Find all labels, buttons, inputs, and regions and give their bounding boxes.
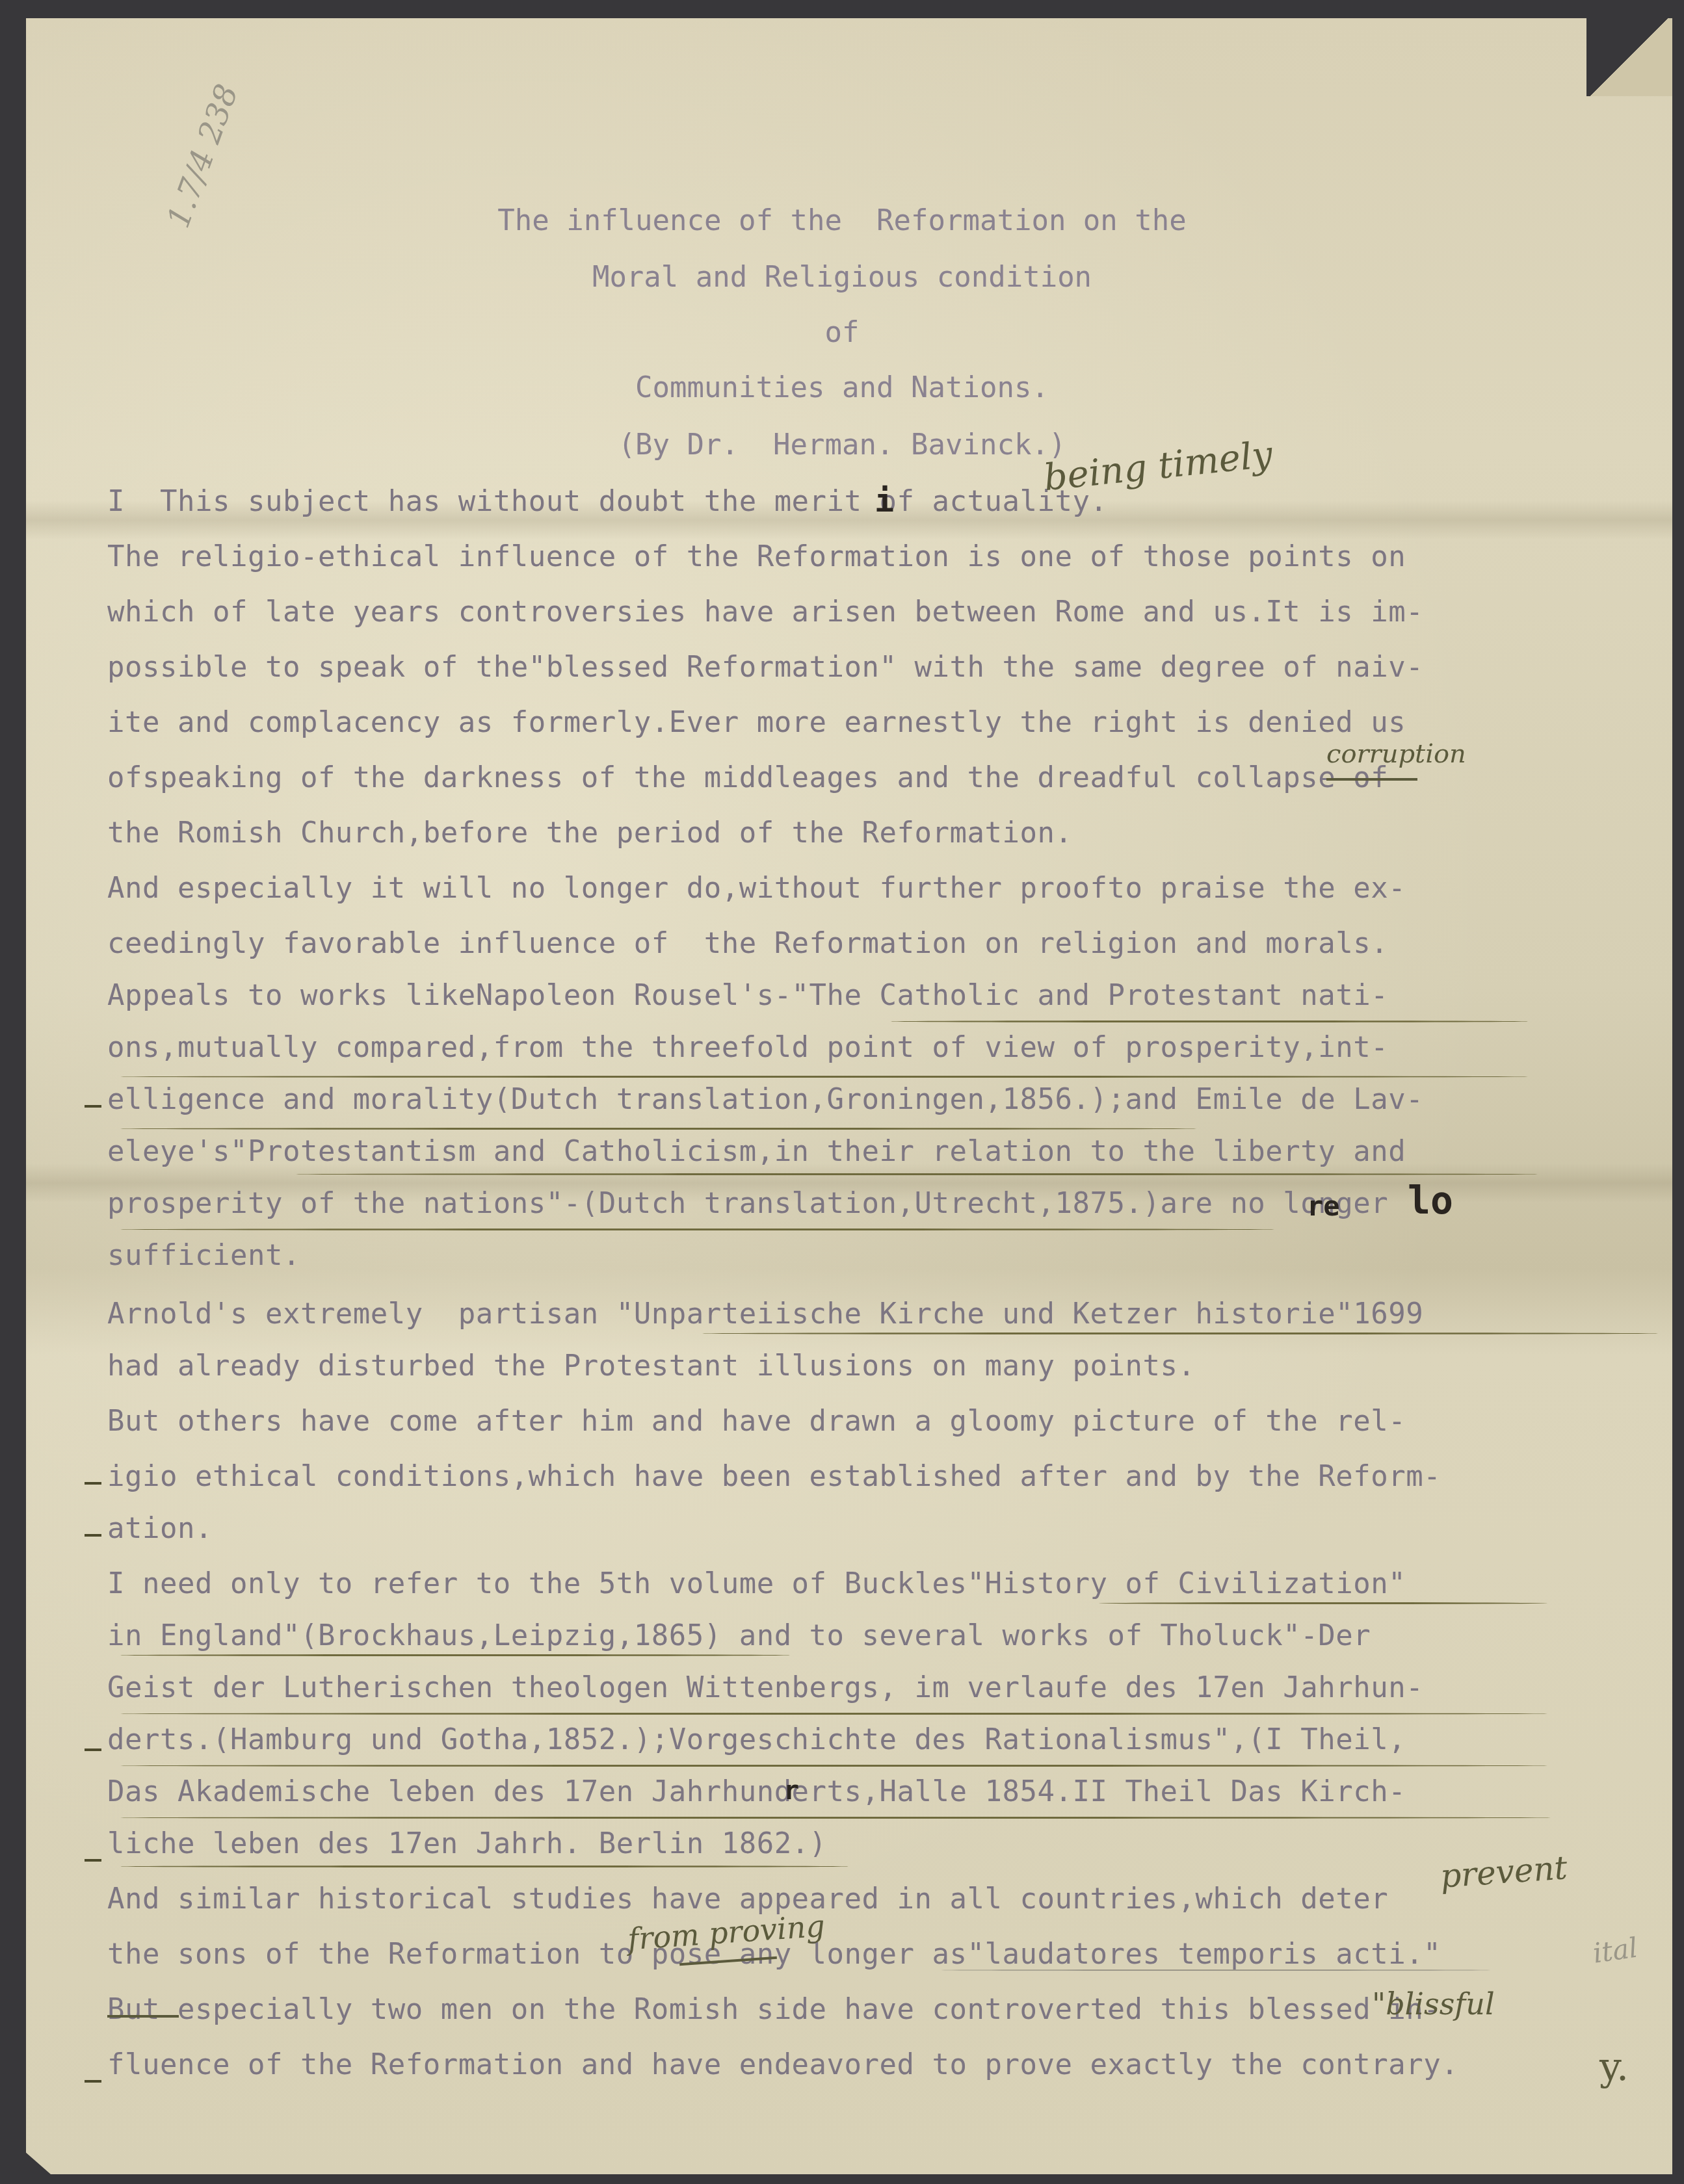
typed-overstrike-lo: lo	[1408, 1182, 1453, 1219]
underline	[940, 1969, 1492, 1971]
body-line: But others have come after him and have …	[107, 1407, 1406, 1436]
body-line: ofspeaking of the darkness of the middle…	[107, 764, 1388, 792]
body-line: ceedingly favorable influence of the Ref…	[107, 929, 1388, 958]
folded-corner	[1586, 18, 1672, 96]
underline	[120, 1228, 1274, 1230]
body-line: eleye's"Protestantism and Catholicism,in…	[107, 1137, 1406, 1166]
body-line: ation.	[107, 1514, 213, 1543]
underline	[296, 1173, 1538, 1175]
underline	[120, 1865, 849, 1867]
body-line: Das Akademische leben des 17en Jahrhunde…	[107, 1778, 1406, 1806]
body-line: possible to speak of the"blessed Reforma…	[107, 653, 1423, 682]
underline	[120, 1654, 790, 1656]
body-line: But especially two men on the Romish sid…	[107, 1995, 1441, 2024]
title-line-2: Moral and Religious condition	[0, 263, 1684, 292]
body-line: liche leben des 17en Jahrh. Berlin 1862.…	[107, 1830, 827, 1858]
title-line-4: Communities and Nations.	[0, 374, 1684, 402]
body-line: Geist der Lutherischen theologen Wittenb…	[107, 1674, 1423, 1702]
body-line: in England"(Brockhaus,Leipzig,1865) and …	[107, 1622, 1371, 1650]
margin-hyphen-mark	[85, 1482, 101, 1485]
body-line: The religio-ethical influence of the Ref…	[107, 543, 1406, 571]
body-line: had already disturbed the Protestant ill…	[107, 1352, 1195, 1381]
body-line: I This subject has without doubt the mer…	[107, 487, 1107, 516]
body-line: the Romish Church,before the period of t…	[107, 819, 1072, 848]
body-line: Arnold's extremely partisan "Unparteiisc…	[107, 1300, 1423, 1329]
strike-collapse	[1326, 778, 1417, 781]
body-line: sufficient.	[107, 1241, 300, 1270]
underline	[702, 1332, 1658, 1334]
body-line: igio ethical conditions,which have been …	[107, 1462, 1441, 1491]
margin-hyphen-mark	[85, 1534, 101, 1537]
underline	[891, 1020, 1528, 1022]
strike-but	[107, 2015, 179, 2018]
typed-correction-r: r	[783, 1778, 799, 1804]
body-line: ons,mutually compared,from the threefold…	[107, 1033, 1388, 1062]
underline	[1099, 1602, 1547, 1604]
margin-hyphen-mark	[85, 2080, 101, 2083]
annotation-corruption: corruption	[1326, 741, 1466, 767]
title-line-3: of	[0, 318, 1684, 347]
typed-correction-i: i	[875, 484, 894, 517]
annotation-ital: ital	[1591, 1934, 1639, 1967]
underline	[120, 1128, 1196, 1130]
title-line-1: The influence of the Reformation on the	[0, 207, 1684, 235]
margin-hyphen-mark	[85, 1748, 101, 1751]
byline: (By Dr. Herman. Bavinck.)	[0, 431, 1684, 460]
underline	[120, 1765, 1547, 1767]
body-line: I need only to refer to the 5th volume o…	[107, 1570, 1406, 1598]
body-line: ite and complacency as formerly.Ever mor…	[107, 708, 1406, 737]
underline	[120, 1713, 1547, 1715]
margin-hyphen-mark	[85, 1105, 101, 1108]
annotation-contrary-y: y.	[1599, 2047, 1629, 2086]
body-line: fluence of the Reformation and have ende…	[107, 2051, 1458, 2079]
underline	[120, 1817, 1551, 1819]
annotation-blissful: "blissful	[1372, 1989, 1495, 2019]
body-line: prosperity of the nations"-(Dutch transl…	[107, 1189, 1388, 1218]
body-line: elligence and morality(Dutch translation…	[107, 1085, 1423, 1114]
margin-hyphen-mark	[85, 1859, 101, 1862]
body-line: And especially it will no longer do,with…	[107, 874, 1406, 903]
body-line: Appeals to works likeNapoleon Rousel's-"…	[107, 981, 1388, 1010]
body-line: which of late years controversies have a…	[107, 598, 1423, 627]
typed-overstrike-re: re	[1307, 1193, 1340, 1220]
underline	[120, 1076, 1528, 1078]
body-line: derts.(Hamburg und Gotha,1852.);Vorgesch…	[107, 1726, 1406, 1754]
annotation-prevent: prevent	[1439, 1851, 1568, 1893]
body-line: And similar historical studies have appe…	[107, 1885, 1388, 1914]
